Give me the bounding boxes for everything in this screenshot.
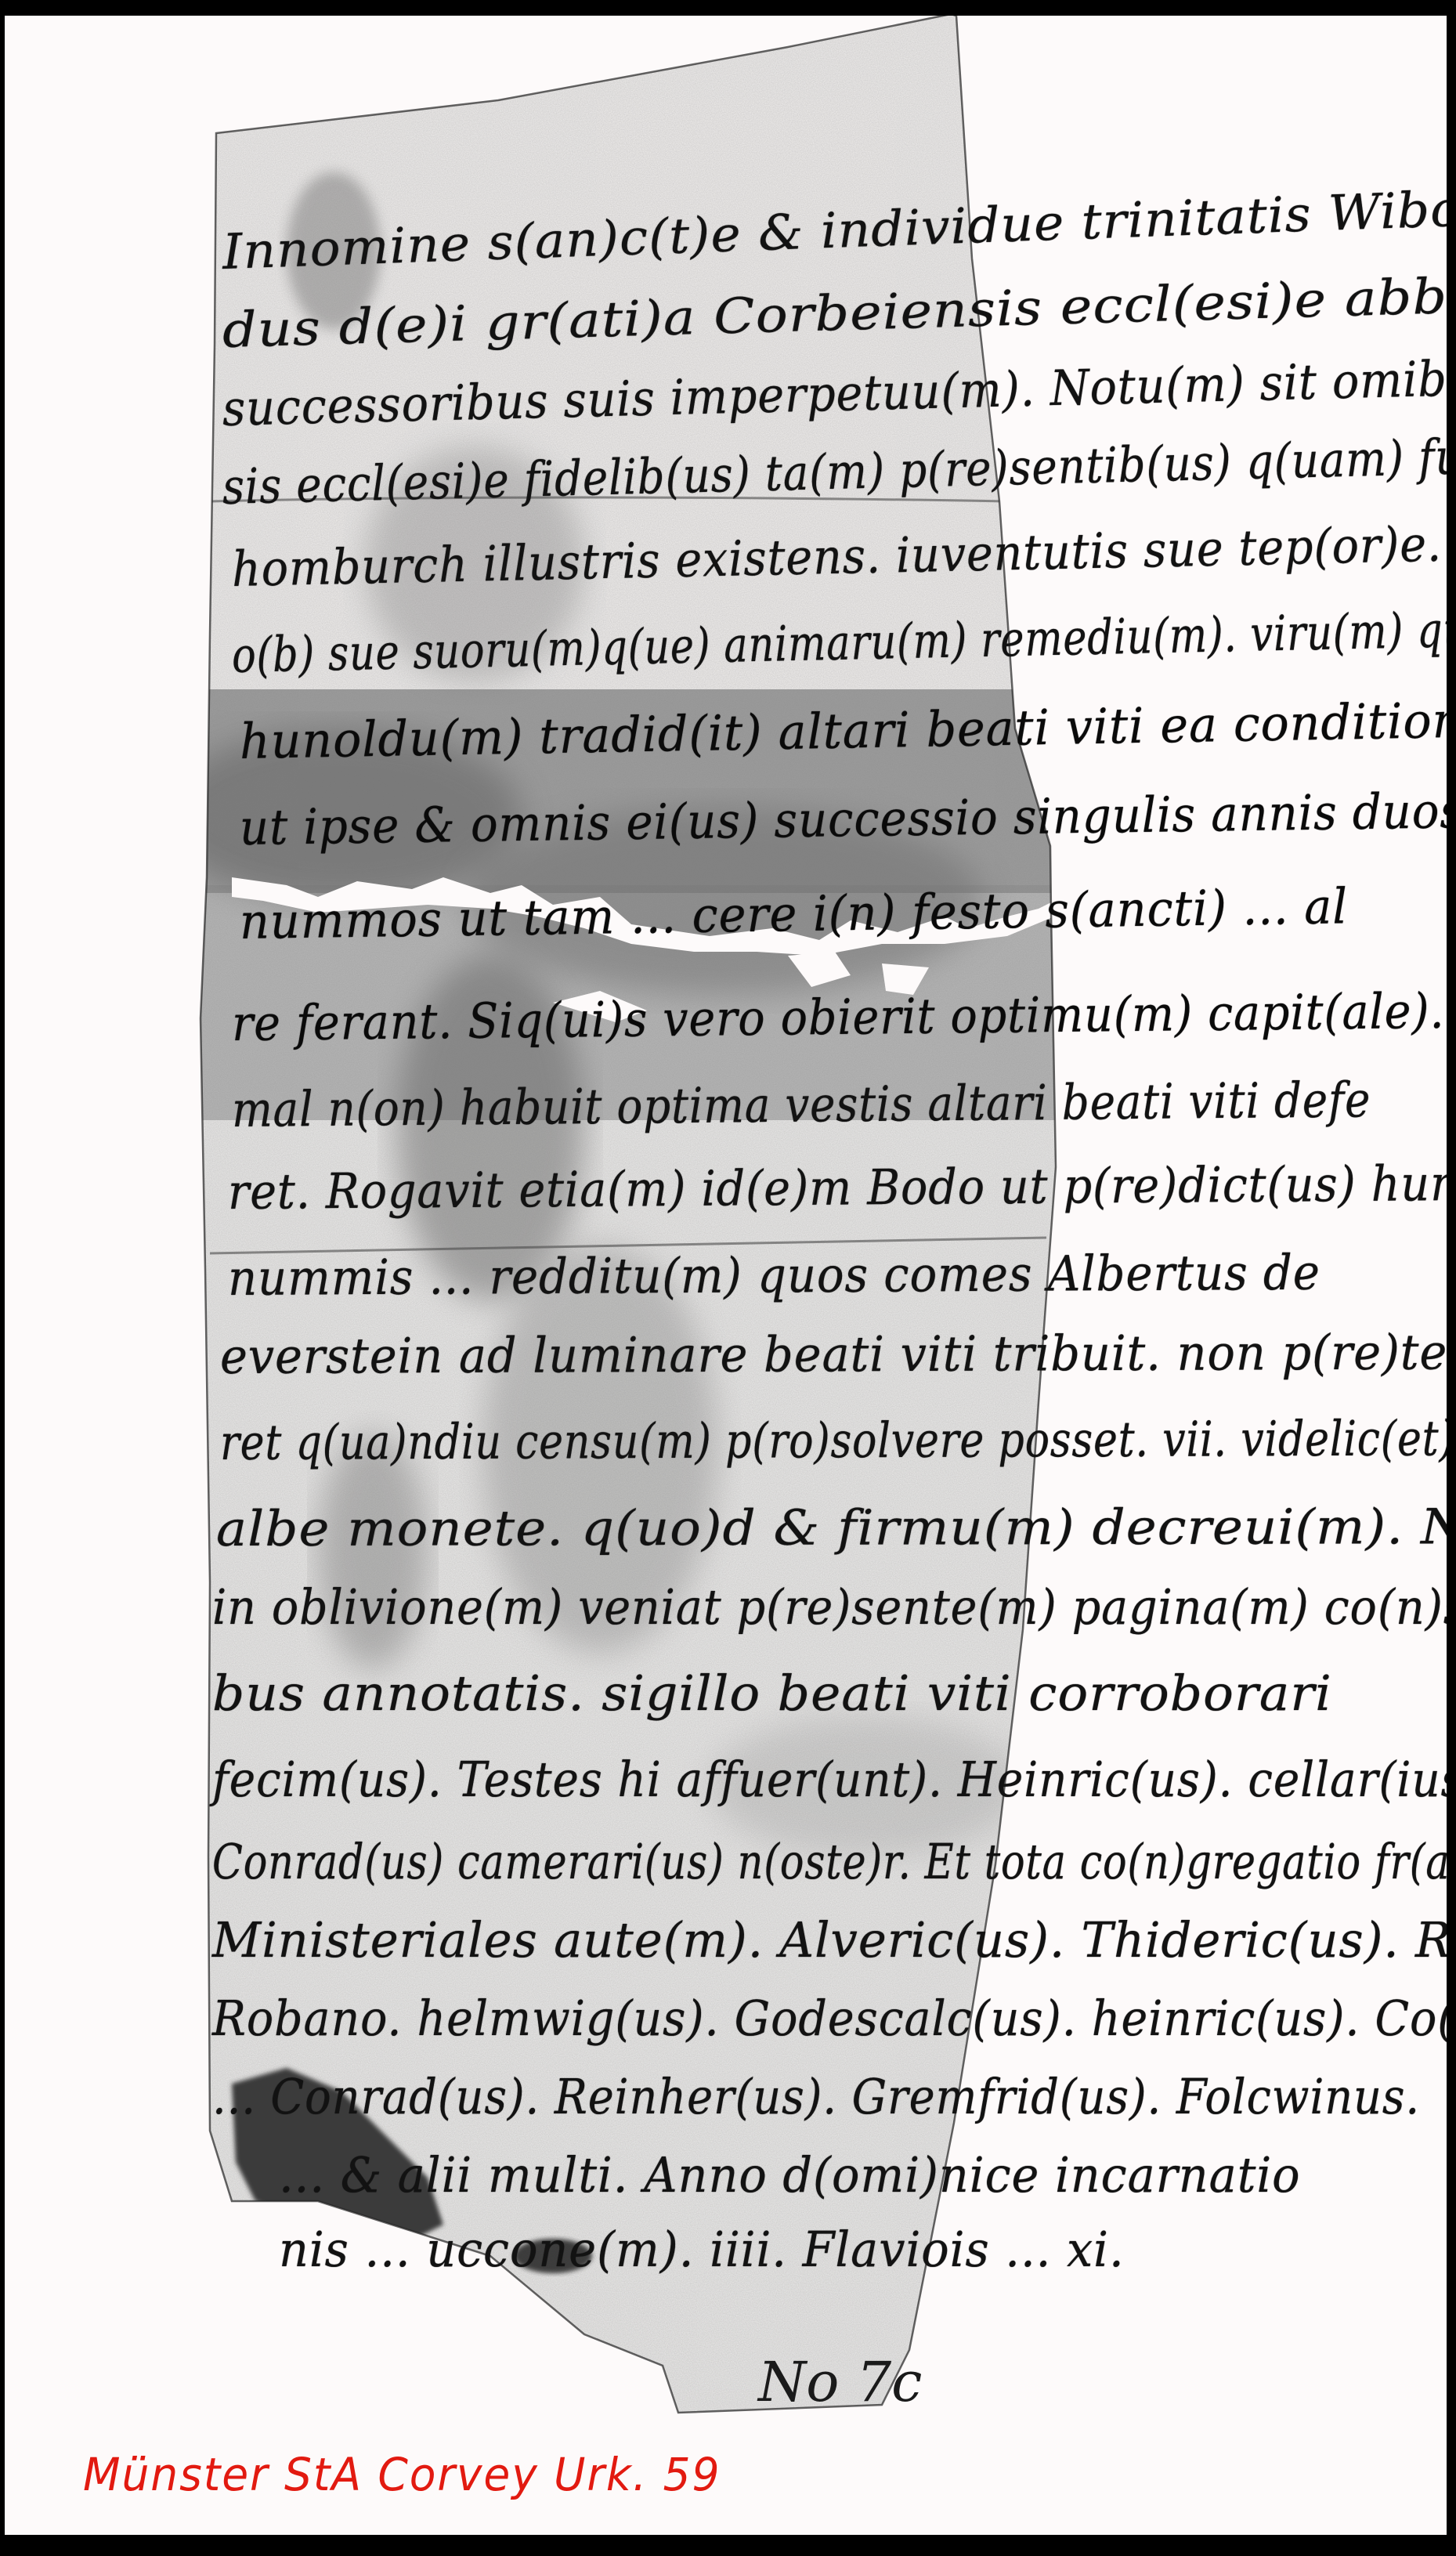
photo-mount: Innomine s(an)c(t)e & individue trinitat… [5, 16, 1447, 2535]
text-line-15: ret q(ua)ndiu censu(m) p(ro)solvere poss… [220, 1409, 1447, 1471]
text-line-20: Conrad(us) camerari(us) n(oste)r. Et tot… [212, 1833, 1447, 1890]
shelfmark-label: Münster StA Corvey Urk. 59 [83, 2448, 721, 2501]
text-line-19: fecim(us). Testes hi affuer(unt). Heinri… [212, 1751, 1447, 1808]
text-line-12: ret. Rogavit etia(m) id(e)m Bodo ut p(re… [228, 1154, 1447, 1220]
text-line-23: ... Conrad(us). Reinher(us). Gremfrid(us… [212, 2068, 1420, 2125]
text-line-18: bus annotatis. sigillo beati viti corrob… [212, 1665, 1332, 1722]
text-line-21: Ministeriales aute(m). Alveric(us). Thid… [212, 1911, 1447, 1969]
text-line-8: ut ipse & omnis ei(us) successio singuli… [239, 782, 1447, 856]
archive-number: No 7c [758, 2350, 922, 2414]
text-line-1: Innomine s(an)c(t)e & individue trinitat… [222, 179, 1447, 280]
text-line-24: ... & alii multi. Anno d(omi)nice incarn… [279, 2146, 1301, 2204]
text-line-25: nis ... uccone(m). iiii. Flaviois ... xi… [279, 2221, 1125, 2278]
text-line-16: albe monete. q(uo)d & firmu(m) decreui(m… [216, 1497, 1447, 1557]
charter-text-block: Innomine s(an)c(t)e & individue trinitat… [5, 16, 1447, 2535]
text-line-6: o(b) sue suoru(m)q(ue) animaru(m) remedi… [231, 591, 1447, 684]
text-line-22: Robano. helmwig(us). Godescalc(us). hein… [212, 1990, 1447, 2047]
text-line-3: successoribus suis imperpetuu(m). Notu(m… [222, 342, 1447, 437]
text-line-10: re ferant. Siq(ui)s vero obierit optimu(… [232, 982, 1447, 1052]
text-line-13: nummis ... redditu(m) quos comes Albertu… [228, 1244, 1321, 1307]
text-line-7: hunoldu(m) tradid(it) altari beati viti … [239, 691, 1447, 770]
text-line-9: nummos ut tam ... cere i(n) festo s(anct… [239, 877, 1348, 950]
text-line-5: homburch illustris existens. iuventutis … [231, 515, 1442, 598]
text-line-11: mal n(on) habuit optima vestis altari be… [232, 1071, 1371, 1138]
text-line-14: everstein ad luminare beati viti tribuit… [220, 1324, 1447, 1385]
text-line-17: in oblivione(m) veniat p(re)sente(m) pag… [212, 1578, 1447, 1636]
